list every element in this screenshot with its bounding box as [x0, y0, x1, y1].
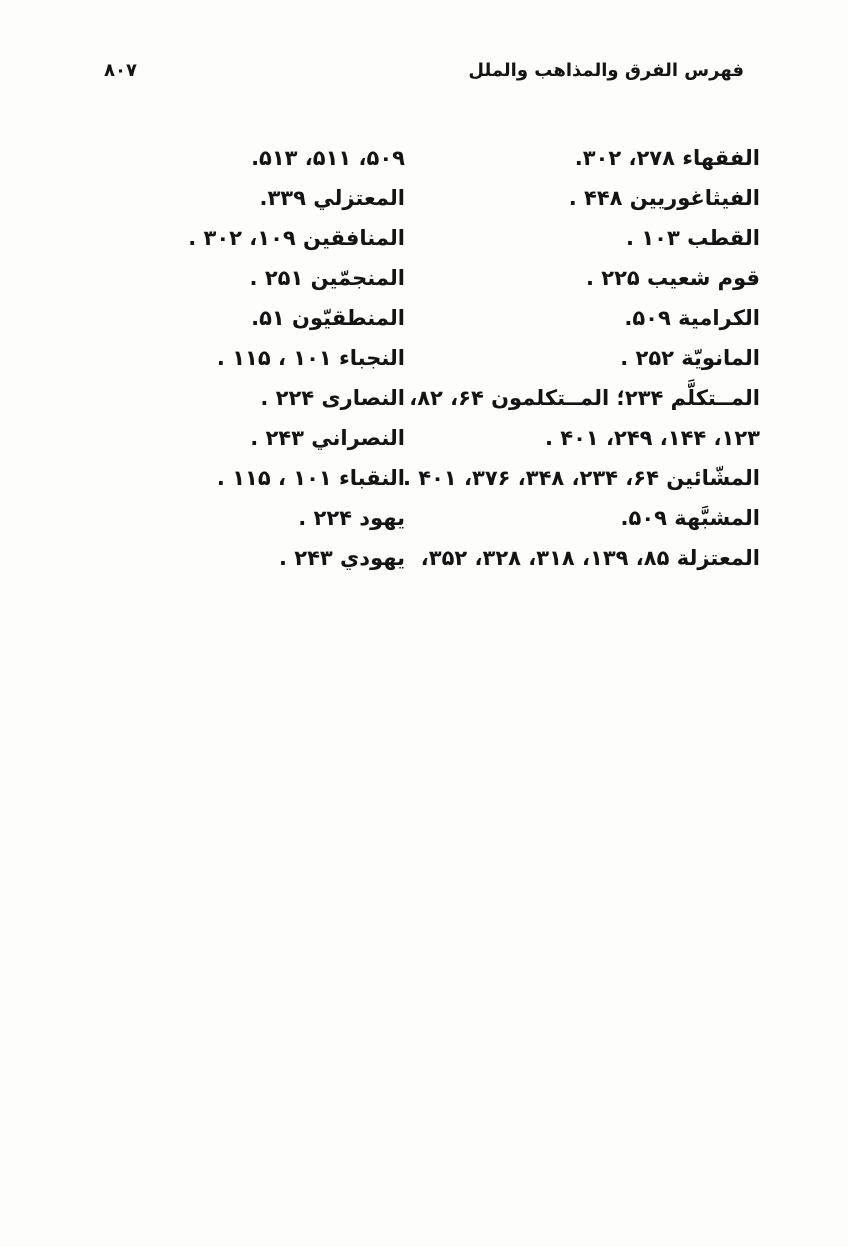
index-entry-continuation: ۵۰۹، ۵۱۱، ۵۱۳. [188, 138, 405, 178]
page-number: ۸۰۷ [104, 60, 137, 81]
page-header-title: فهرس الفرق والمذاهب والملل [468, 60, 744, 81]
index-entry: المانويّة ۲۵۲ . [403, 338, 760, 378]
book-page: ۸۰۷ فهرس الفرق والمذاهب والملل الفقهاء ۲… [0, 0, 848, 1247]
index-entry: المعتزلي ۳۳۹. [188, 178, 405, 218]
index-entry: يهود ۲۲۴ . [188, 498, 405, 538]
index-entry: المعتزلة ۸۵، ۱۳۹، ۳۱۸، ۳۲۸، ۳۵۲، [403, 538, 760, 578]
index-entry: المنجمّين ۲۵۱ . [188, 258, 405, 298]
index-column-left: ۵۰۹، ۵۱۱، ۵۱۳. المعتزلي ۳۳۹. المنافقين ۱… [188, 138, 405, 578]
index-entry: المنطقيّون ۵۱. [188, 298, 405, 338]
index-entry-continuation: ۱۲۳، ۱۴۴، ۲۴۹، ۴۰۱ . [403, 418, 760, 458]
index-entry: قوم شعيب ۲۲۵ . [403, 258, 760, 298]
index-entry: يهودي ۲۴۳ . [188, 538, 405, 578]
index-entry: النجباء ۱۰۱ ، ۱۱۵ . [188, 338, 405, 378]
index-entry: المشبَّهة ۵۰۹. [403, 498, 760, 538]
index-entry: الفقهاء ۲۷۸، ۳۰۲. [403, 138, 760, 178]
index-entry: المــتكلَّم ۲۳۴؛ المــتكلمون ۶۴، ۸۲، [403, 378, 760, 418]
index-entry: النصارى ۲۲۴ . [188, 378, 405, 418]
index-entry: المشّائين ۶۴، ۲۳۴، ۳۴۸، ۳۷۶، ۴۰۱ . [403, 458, 760, 498]
index-entry: الفيثاغوريين ۴۴۸ . [403, 178, 760, 218]
index-entry: القطب ۱۰۳ . [403, 218, 760, 258]
index-entry: الكرامية ۵۰۹. [403, 298, 760, 338]
index-entry: المنافقين ۱۰۹، ۳۰۲ . [188, 218, 405, 258]
index-column-right: الفقهاء ۲۷۸، ۳۰۲. الفيثاغوريين ۴۴۸ . الق… [403, 138, 760, 578]
index-entry: النقباء ۱۰۱ ، ۱۱۵ . [188, 458, 405, 498]
index-entry: النصراني ۲۴۳ . [188, 418, 405, 458]
